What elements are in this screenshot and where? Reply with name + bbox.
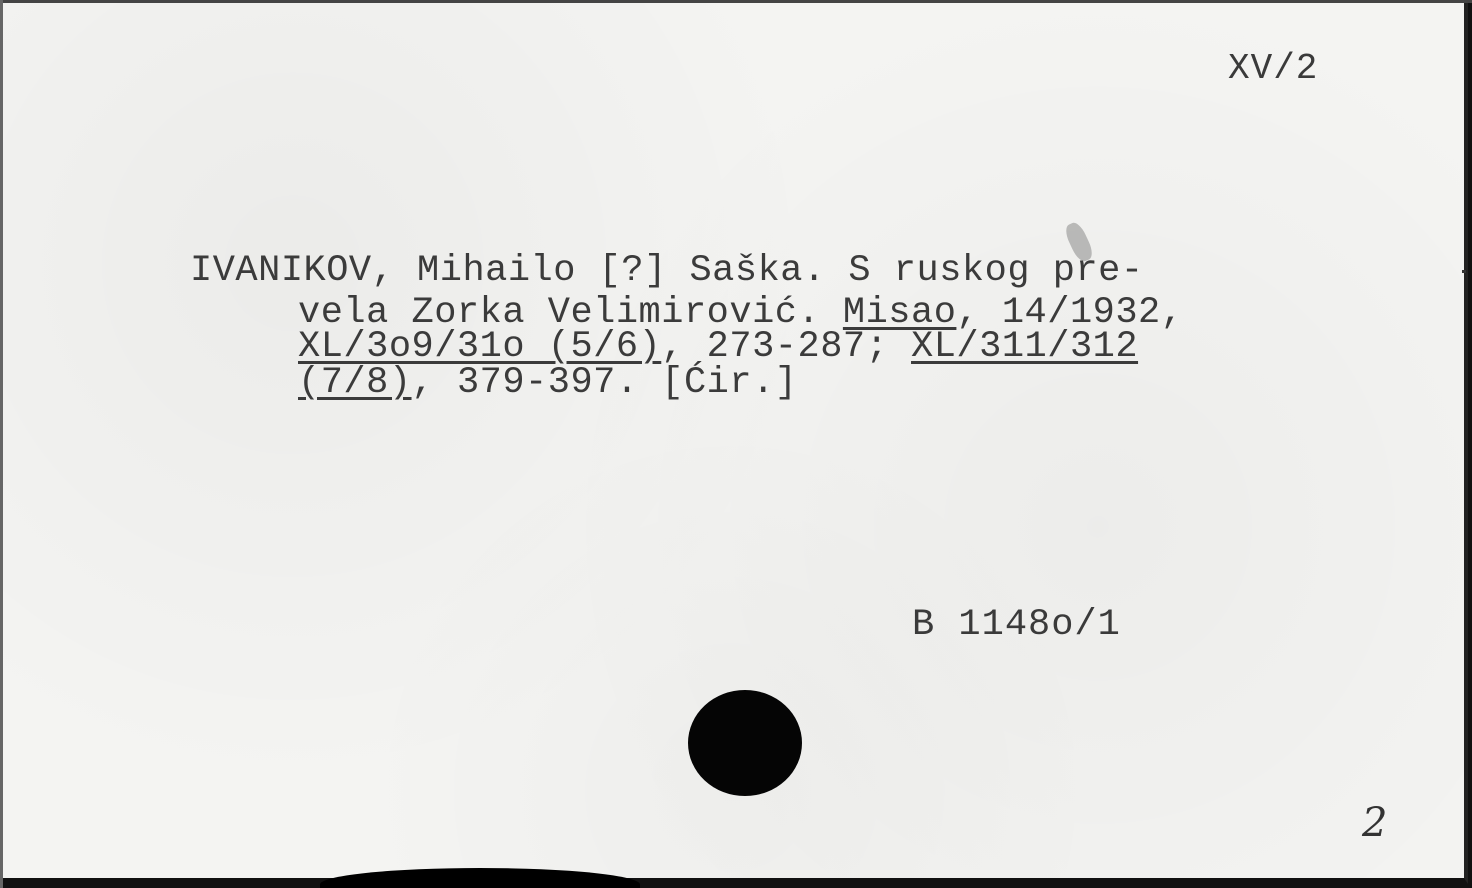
entry-line-4: (7/8), 379-397. [Ćir.] — [298, 362, 798, 404]
margin-mark — [1462, 270, 1466, 273]
pencil-annotation: 2 — [1362, 800, 1387, 846]
shelf-mark: B 1148o/1 — [912, 604, 1121, 646]
volume-ref-2: XL/311/312 — [911, 326, 1138, 368]
card-left-edge — [0, 0, 3, 888]
punch-hole — [688, 690, 802, 796]
card-top-edge — [0, 0, 1472, 3]
entry-line-1: IVANIKOV, Mihailo [?] Saška. S ruskog pr… — [190, 250, 1144, 292]
call-number: XV/2 — [1228, 48, 1318, 89]
pages-2: , 379-397. [Ćir.] — [412, 362, 798, 404]
issue-ref-2: (7/8) — [298, 362, 412, 404]
catalog-card: XV/2 IVANIKOV, Mihailo [?] Saška. S rusk… — [0, 0, 1468, 884]
